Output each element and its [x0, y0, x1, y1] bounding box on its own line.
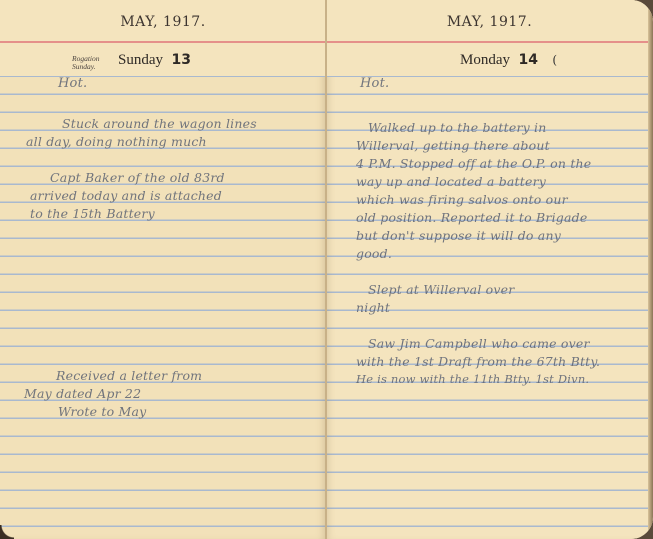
- entry-line: 4 P.M. Stopped off at the O.P. on the: [356, 156, 591, 171]
- entry-line: Capt Baker of the old 83rd: [50, 170, 225, 185]
- weather-note: Hot.: [58, 76, 87, 91]
- book-spine-fold: [325, 0, 327, 539]
- page-corner: [0, 525, 14, 539]
- month-header: MAY, 1917.: [326, 14, 653, 30]
- entry-line: which was firing salvos onto our: [356, 192, 568, 207]
- entry-line: but don't suppose it will do any: [356, 228, 561, 243]
- entry-line: May dated Apr 22: [24, 386, 141, 401]
- entry-line: He is now with the 11th Btty. 1st Divn.: [356, 372, 589, 386]
- red-header-rule: [0, 41, 326, 43]
- day-name: Sunday: [118, 52, 163, 68]
- holiday-label-line2: Sunday.: [72, 63, 100, 71]
- entry-line: Slept at Willerval over: [368, 282, 514, 297]
- diary-spread: MAY, 1917. Rogation Sunday. Sunday 13 Ho…: [0, 0, 653, 539]
- entry-line: old position. Reported it to Brigade: [356, 210, 587, 225]
- blue-rule: [0, 76, 326, 77]
- red-header-rule: [326, 41, 653, 43]
- entry-line: to the 15th Battery: [30, 206, 155, 221]
- right-page: MAY, 1917. Monday 14 ( Hot. Walked up to…: [326, 0, 653, 539]
- entry-line: all day, doing nothing much: [26, 134, 207, 149]
- entry-line: Received a letter from: [56, 368, 202, 383]
- month-header: MAY, 1917.: [0, 14, 326, 30]
- day-header: Monday 14 (: [460, 52, 557, 69]
- moon-phase-icon: (: [552, 53, 557, 67]
- entry-line: Walked up to the battery in: [368, 120, 547, 135]
- entry-line: Willerval, getting there about: [356, 138, 550, 153]
- day-number: 13: [171, 52, 190, 68]
- left-page: MAY, 1917. Rogation Sunday. Sunday 13 Ho…: [0, 0, 326, 539]
- entry-line: night: [356, 300, 390, 315]
- entry-line: Saw Jim Campbell who came over: [368, 336, 590, 351]
- entry-line: with the 1st Draft from the 67th Btty.: [356, 354, 600, 369]
- entry-line: way up and located a battery: [356, 174, 546, 189]
- entry-line: good.: [356, 246, 392, 261]
- day-number: 14: [518, 52, 537, 68]
- entry-line: Wrote to May: [58, 404, 146, 419]
- day-header: Sunday 13: [118, 52, 191, 69]
- day-name: Monday: [460, 52, 510, 68]
- weather-note: Hot.: [360, 76, 389, 91]
- entry-line: Stuck around the wagon lines: [62, 116, 257, 131]
- holiday-label: Rogation Sunday.: [72, 55, 100, 71]
- entry-line: arrived today and is attached: [30, 188, 222, 203]
